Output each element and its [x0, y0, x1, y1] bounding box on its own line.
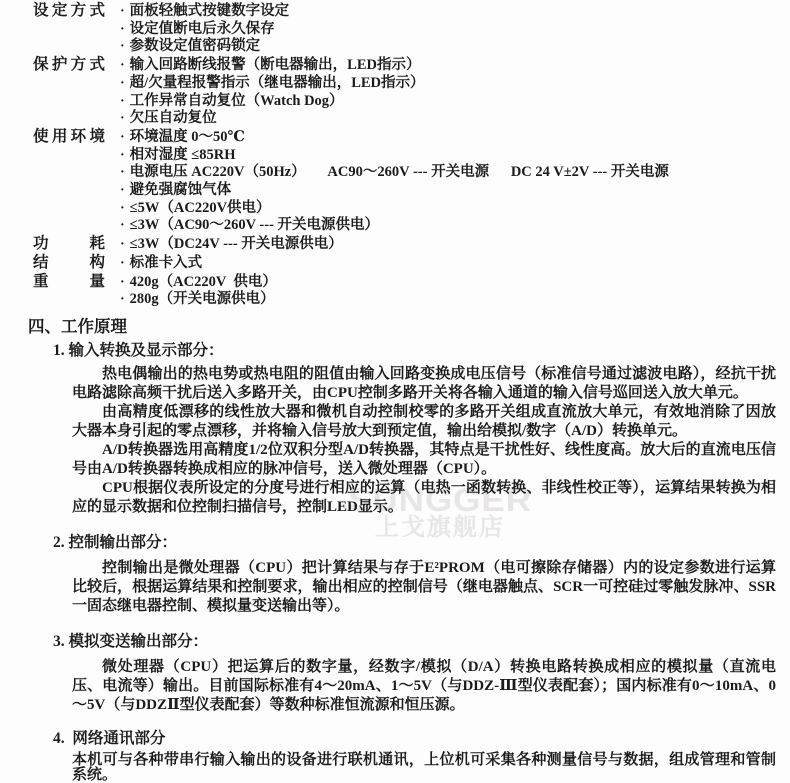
- bullet-icon: ·: [120, 21, 125, 39]
- spec-row: 结构 · 标准卡入式: [0, 254, 790, 273]
- spec-text: 欠压自动复位: [130, 110, 217, 128]
- bullet-icon: ·: [120, 129, 125, 147]
- spec-label: 重量: [33, 273, 105, 291]
- spec-text: 电源电压 AC220V（50Hz） AC90～260V --- 开关电源 DC …: [130, 164, 669, 182]
- bullet-icon: ·: [120, 291, 125, 309]
- bullet-icon: ·: [120, 93, 125, 111]
- paragraph: CPU根据仪表所设定的分度号进行相应的运算（电热一函数转换、非线性校正等），运算…: [72, 479, 776, 517]
- bullet-icon: ·: [120, 3, 125, 21]
- section-heading-working-principle: 四、工作原理: [28, 317, 790, 337]
- section-control-output: 2. 控制输出部分： 控制输出是微处理器（CPU）把计算结果与存于E²PROM（…: [0, 533, 790, 616]
- section-title: 4. 网络通讯部分: [53, 729, 790, 749]
- bullet-icon: ·: [120, 147, 125, 165]
- spec-row: · ≤5W（AC220V供电）: [0, 200, 790, 218]
- paragraph: 本机可与各种带串行输入输出的设备进行联机通讯，上位机可采集各种测量信号与数据，组…: [72, 753, 776, 783]
- bullet-icon: ·: [120, 110, 125, 128]
- spec-row: · 电源电压 AC220V（50Hz） AC90～260V --- 开关电源 D…: [0, 164, 790, 182]
- spec-row: · ≤3W（AC90～260V --- 开关电源供电）: [0, 217, 790, 235]
- section-input-conversion: 1. 输入转换及显示部分： 热电偶输出的热电势或热电阻的阻值由输入回路变换成电压…: [0, 341, 790, 517]
- section-paragraphs: 热电偶输出的热电势或热电阻的阻值由输入回路变换成电压信号（标准信号通过滤波电路）…: [72, 365, 776, 517]
- spec-label: 功耗: [33, 235, 105, 253]
- paragraph: 由高精度低漂移的线性放大器和微机自动控制校零的多路开关组成直流放大单元，有效地消…: [72, 403, 776, 441]
- bullet-icon: ·: [120, 38, 125, 56]
- paragraph: 控制输出是微处理器（CPU）把计算结果与存于E²PROM（电可擦除存储器）内的设…: [72, 559, 776, 616]
- spec-text: 参数设定值密码锁定: [130, 38, 261, 56]
- spec-text: 工作异常自动复位（Watch Dog）: [130, 93, 344, 111]
- section-paragraphs: 本机可与各种带串行输入输出的设备进行联机通讯，上位机可采集各种测量信号与数据，组…: [72, 753, 776, 783]
- bullet-icon: ·: [120, 236, 125, 254]
- spec-row: 重量 · 420g（AC220V 供电）: [0, 273, 790, 292]
- spec-row: 保护方式 · 输入回路断线报警（断电器输出，LED指示）: [0, 56, 790, 75]
- spec-text: 相对湿度 ≤85RH: [130, 147, 236, 165]
- spec-row: · 设定值断电后永久保存: [0, 21, 790, 39]
- paragraph: 微处理器（CPU）把运算后的数字量，经数字/模拟（D/A）转换电路转换成相应的模…: [72, 658, 776, 715]
- bullet-icon: ·: [120, 182, 125, 200]
- bullet-icon: ·: [120, 57, 125, 75]
- spec-label: 设定方式: [33, 2, 105, 20]
- spec-label: 使用环境: [33, 128, 105, 146]
- spec-text: ≤5W（AC220V供电）: [130, 200, 271, 218]
- spec-text: ≤3W（DC24V --- 开关电源供电）: [130, 236, 343, 254]
- section-analog-output: 3. 模拟变送输出部分： 微处理器（CPU）把运算后的数字量，经数字/模拟（D/…: [0, 632, 790, 715]
- spec-text: 280g（开关电源供电）: [130, 291, 275, 309]
- spec-text: ≤3W（AC90～260V --- 开关电源供电）: [130, 217, 379, 235]
- section-title: 1. 输入转换及显示部分：: [53, 341, 790, 361]
- section-title: 2. 控制输出部分：: [53, 533, 790, 553]
- bullet-icon: ·: [120, 217, 125, 235]
- spec-row: · 参数设定值密码锁定: [0, 38, 790, 56]
- spec-row: 使用环境 · 环境温度 0～50℃: [0, 128, 790, 147]
- paragraph: A/D转换器选用高精度1/2位双积分型A/D转换器，其特点是干扰性好、线性度高。…: [72, 441, 776, 479]
- spec-text: 超/欠量程报警指示（继电器输出，LED指示）: [130, 75, 425, 93]
- spec-row: · 工作异常自动复位（Watch Dog）: [0, 93, 790, 111]
- section-network-communication: 4. 网络通讯部分 本机可与各种带串行输入输出的设备进行联机通讯，上位机可采集各…: [0, 729, 790, 783]
- document-page: SUNGGER 上戈旗舰店 设定方式 · 面板轻触式按键数字设定 · 设定值断电…: [0, 0, 790, 783]
- section-title: 3. 模拟变送输出部分：: [53, 632, 790, 652]
- spec-row: 设定方式 · 面板轻触式按键数字设定: [0, 2, 790, 21]
- spec-text: 标准卡入式: [130, 255, 203, 273]
- bullet-icon: ·: [120, 200, 125, 218]
- spec-row: · 超/欠量程报警指示（继电器输出，LED指示）: [0, 75, 790, 93]
- spec-row: · 欠压自动复位: [0, 110, 790, 128]
- section-paragraphs: 控制输出是微处理器（CPU）把计算结果与存于E²PROM（电可擦除存储器）内的设…: [72, 559, 776, 616]
- spec-row: · 相对湿度 ≤85RH: [0, 147, 790, 165]
- spec-label: 结构: [33, 254, 105, 272]
- spec-label: 保护方式: [33, 56, 105, 74]
- spec-text: 面板轻触式按键数字设定: [130, 3, 290, 21]
- spec-text: 输入回路断线报警（断电器输出，LED指示）: [130, 57, 421, 75]
- spec-text: 避免强腐蚀气体: [130, 182, 232, 200]
- document-content: 设定方式 · 面板轻触式按键数字设定 · 设定值断电后永久保存 · 参数设定值密…: [0, 0, 790, 783]
- spec-row: 功耗 · ≤3W（DC24V --- 开关电源供电）: [0, 235, 790, 254]
- spec-text: 设定值断电后永久保存: [130, 21, 275, 39]
- bullet-icon: ·: [120, 255, 125, 273]
- bullet-icon: ·: [120, 75, 125, 93]
- paragraph: 热电偶输出的热电势或热电阻的阻值由输入回路变换成电压信号（标准信号通过滤波电路）…: [72, 365, 776, 403]
- spec-text: 420g（AC220V 供电）: [130, 274, 277, 292]
- bullet-icon: ·: [120, 274, 125, 292]
- spec-row: · 避免强腐蚀气体: [0, 182, 790, 200]
- section-paragraphs: 微处理器（CPU）把运算后的数字量，经数字/模拟（D/A）转换电路转换成相应的模…: [72, 658, 776, 715]
- spec-row: · 280g（开关电源供电）: [0, 291, 790, 309]
- bullet-icon: ·: [120, 164, 125, 182]
- spec-text: 环境温度 0～50℃: [130, 129, 245, 147]
